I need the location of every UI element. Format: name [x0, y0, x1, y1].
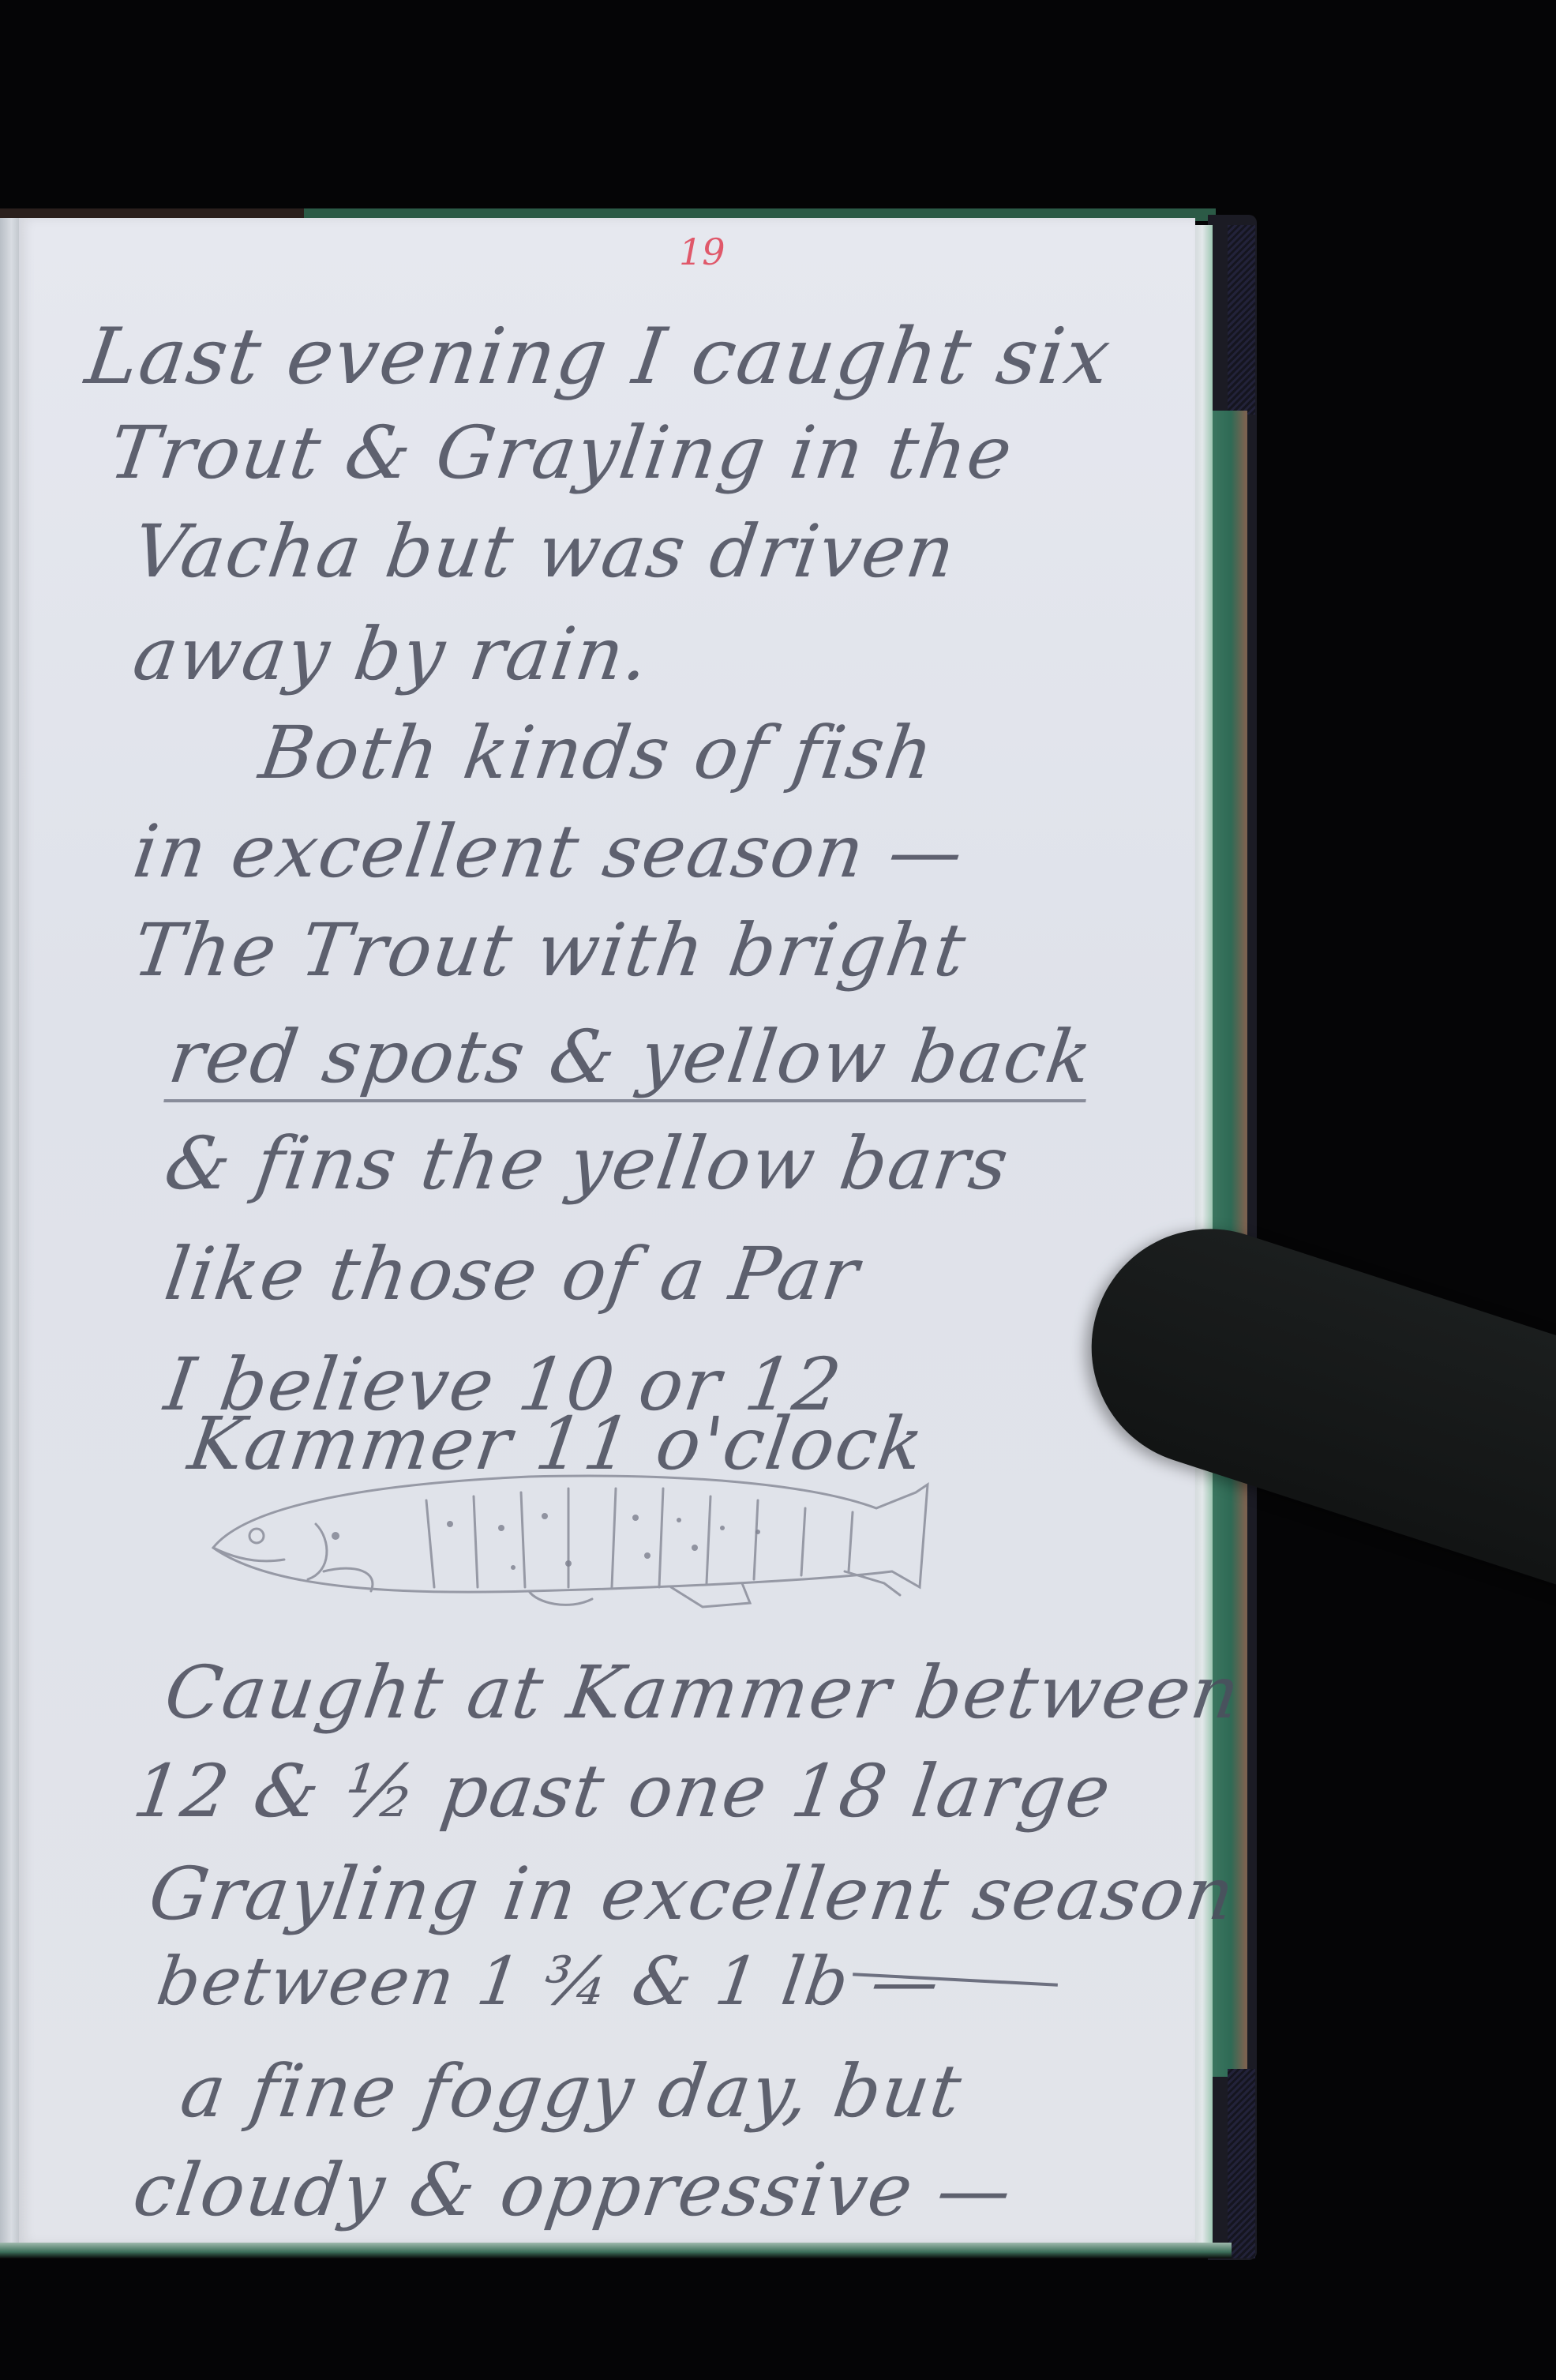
text-line: in excellent season — [128, 809, 969, 894]
text-line: between 1 ¾ & 1 lb — [152, 1943, 945, 2020]
text-line: Vacha but was driven [128, 509, 961, 594]
text-line: cloudy & oppressive — [128, 2148, 1018, 2232]
text-line: Trout & Grayling in the [104, 411, 1018, 495]
cover-cloth-corner-bottom [1228, 2069, 1255, 2258]
text-line: Grayling in excellent season [144, 1852, 1240, 1936]
book-bottom-edge [0, 2243, 1232, 2258]
text-line: Caught at Kammer between [159, 1650, 1246, 1735]
folio-number: 19 [679, 231, 726, 273]
text-line: 12 & ½ past one 18 large [128, 1749, 1116, 1834]
cover-cloth-corner-top [1228, 225, 1255, 415]
text-line: like those of a Par [159, 1232, 864, 1316]
fish-sketch-icon [197, 1453, 963, 1619]
page-gutter [0, 218, 21, 2244]
text-line: red spots & yellow back [163, 1015, 1098, 1102]
text-line: The Trout with bright [128, 908, 972, 993]
text-line: & fins the yellow bars [159, 1121, 1014, 1206]
text-line: a fine foggy day, but [175, 2049, 967, 2134]
text-line: Last evening I caught six [81, 312, 1117, 402]
text-line: Both kinds of fish [254, 711, 939, 795]
text-line: away by rain. [128, 612, 655, 696]
